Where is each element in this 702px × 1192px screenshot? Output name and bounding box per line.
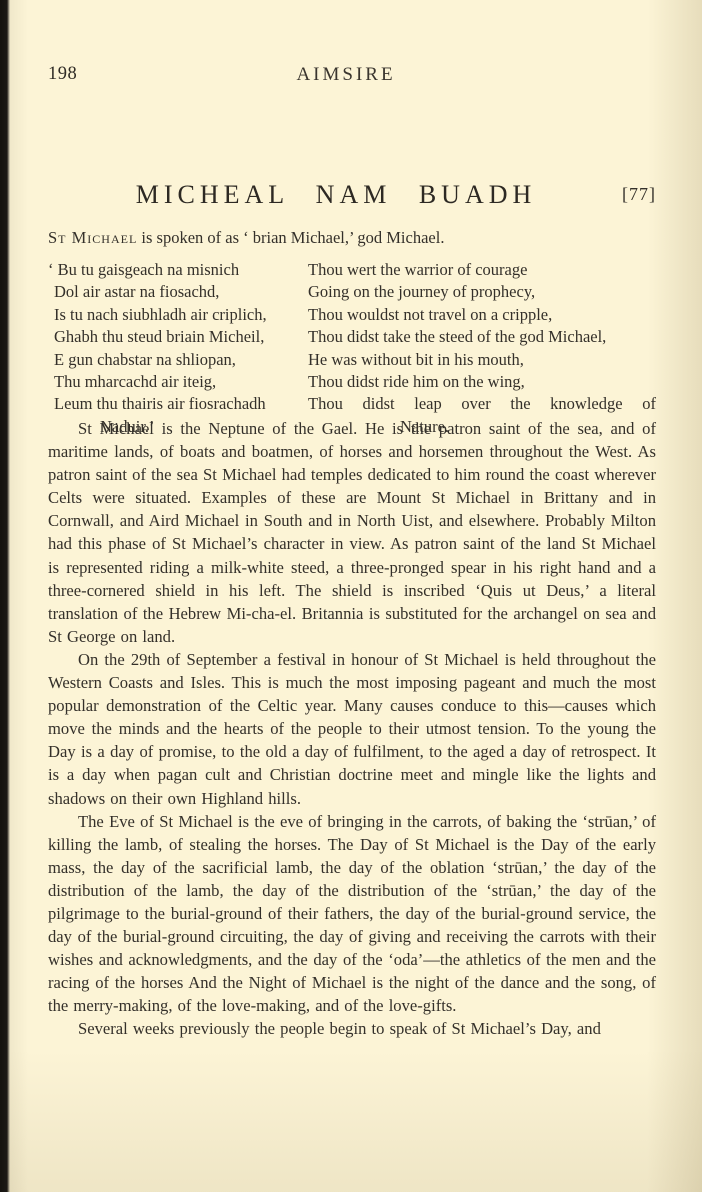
paragraph: Several weeks previously the people begi… — [48, 1017, 656, 1040]
poem-row: E gun chabstar na shliopan, He was witho… — [48, 349, 656, 371]
poem-gaelic-line: Is tu nach siubhladh air criplich, — [48, 304, 308, 326]
poem-row: ‘ Bu tu gaisgeach na misnich Thou wert t… — [48, 259, 656, 281]
poem-gaelic-line: E gun chabstar na shliopan, — [48, 349, 308, 371]
poem-gaelic-line: Ghabh thu steud briain Micheil, — [48, 326, 308, 348]
poem: ‘ Bu tu gaisgeach na misnich Thou wert t… — [48, 259, 656, 438]
article-title: MICHEAL NAM BUADH — [32, 180, 640, 210]
poem-english-line: He was without bit in his mouth, — [308, 349, 656, 371]
poem-gaelic-line: Leum thu thairis air fiosrachadh — [48, 393, 308, 415]
intro-small-caps: St Michael — [48, 228, 137, 247]
poem-row: Ghabh thu steud briain Micheil, Thou did… — [48, 326, 656, 348]
poem-row: Thu mharcachd air iteig, Thou didst ride… — [48, 371, 656, 393]
poem-gaelic-line: ‘ Bu tu gaisgeach na misnich — [48, 259, 308, 281]
page-gutter-shadow — [0, 0, 10, 1192]
poem-row: Leum thu thairis air fiosrachadh Thou di… — [48, 393, 656, 415]
article-title-row: MICHEAL NAM BUADH [77] — [48, 180, 656, 210]
poem-english-line: Thou didst take the steed of the god Mic… — [308, 326, 656, 348]
book-page-scan: 198 AIMSIRE MICHEAL NAM BUADH [77] St Mi… — [0, 0, 702, 1192]
poem-english-line: Thou wert the warrior of courage — [308, 259, 656, 281]
intro-text: is spoken of as ‘ brian Michael,’ god Mi… — [137, 228, 444, 247]
poem-english-line: Thou didst ride him on the wing, — [308, 371, 656, 393]
poem-english-line: Going on the journey of prophecy, — [308, 281, 656, 303]
intro-line: St Michael is spoken of as ‘ brian Micha… — [48, 228, 656, 248]
poem-gaelic-line: Dol air astar na fiosachd, — [48, 281, 308, 303]
paragraph: St Michael is the Neptune of the Gael. H… — [48, 417, 656, 648]
poem-gaelic-line: Thu mharcachd air iteig, — [48, 371, 308, 393]
running-title: AIMSIRE — [42, 64, 650, 86]
paragraph: The Eve of St Michael is the eve of brin… — [48, 810, 656, 1018]
prose-body: St Michael is the Neptune of the Gael. H… — [48, 417, 656, 1041]
poem-english-line: Thou wouldst not travel on a cripple, — [308, 304, 656, 326]
poem-row: Dol air astar na fiosachd, Going on the … — [48, 281, 656, 303]
poem-row: Is tu nach siubhladh air criplich, Thou … — [48, 304, 656, 326]
paragraph: On the 29th of September a festival in h… — [48, 648, 656, 810]
page-header: 198 AIMSIRE — [48, 64, 656, 88]
poem-english-line: Thou didst leap over the knowledge of — [308, 393, 656, 415]
article-reference-number: [77] — [622, 184, 656, 205]
